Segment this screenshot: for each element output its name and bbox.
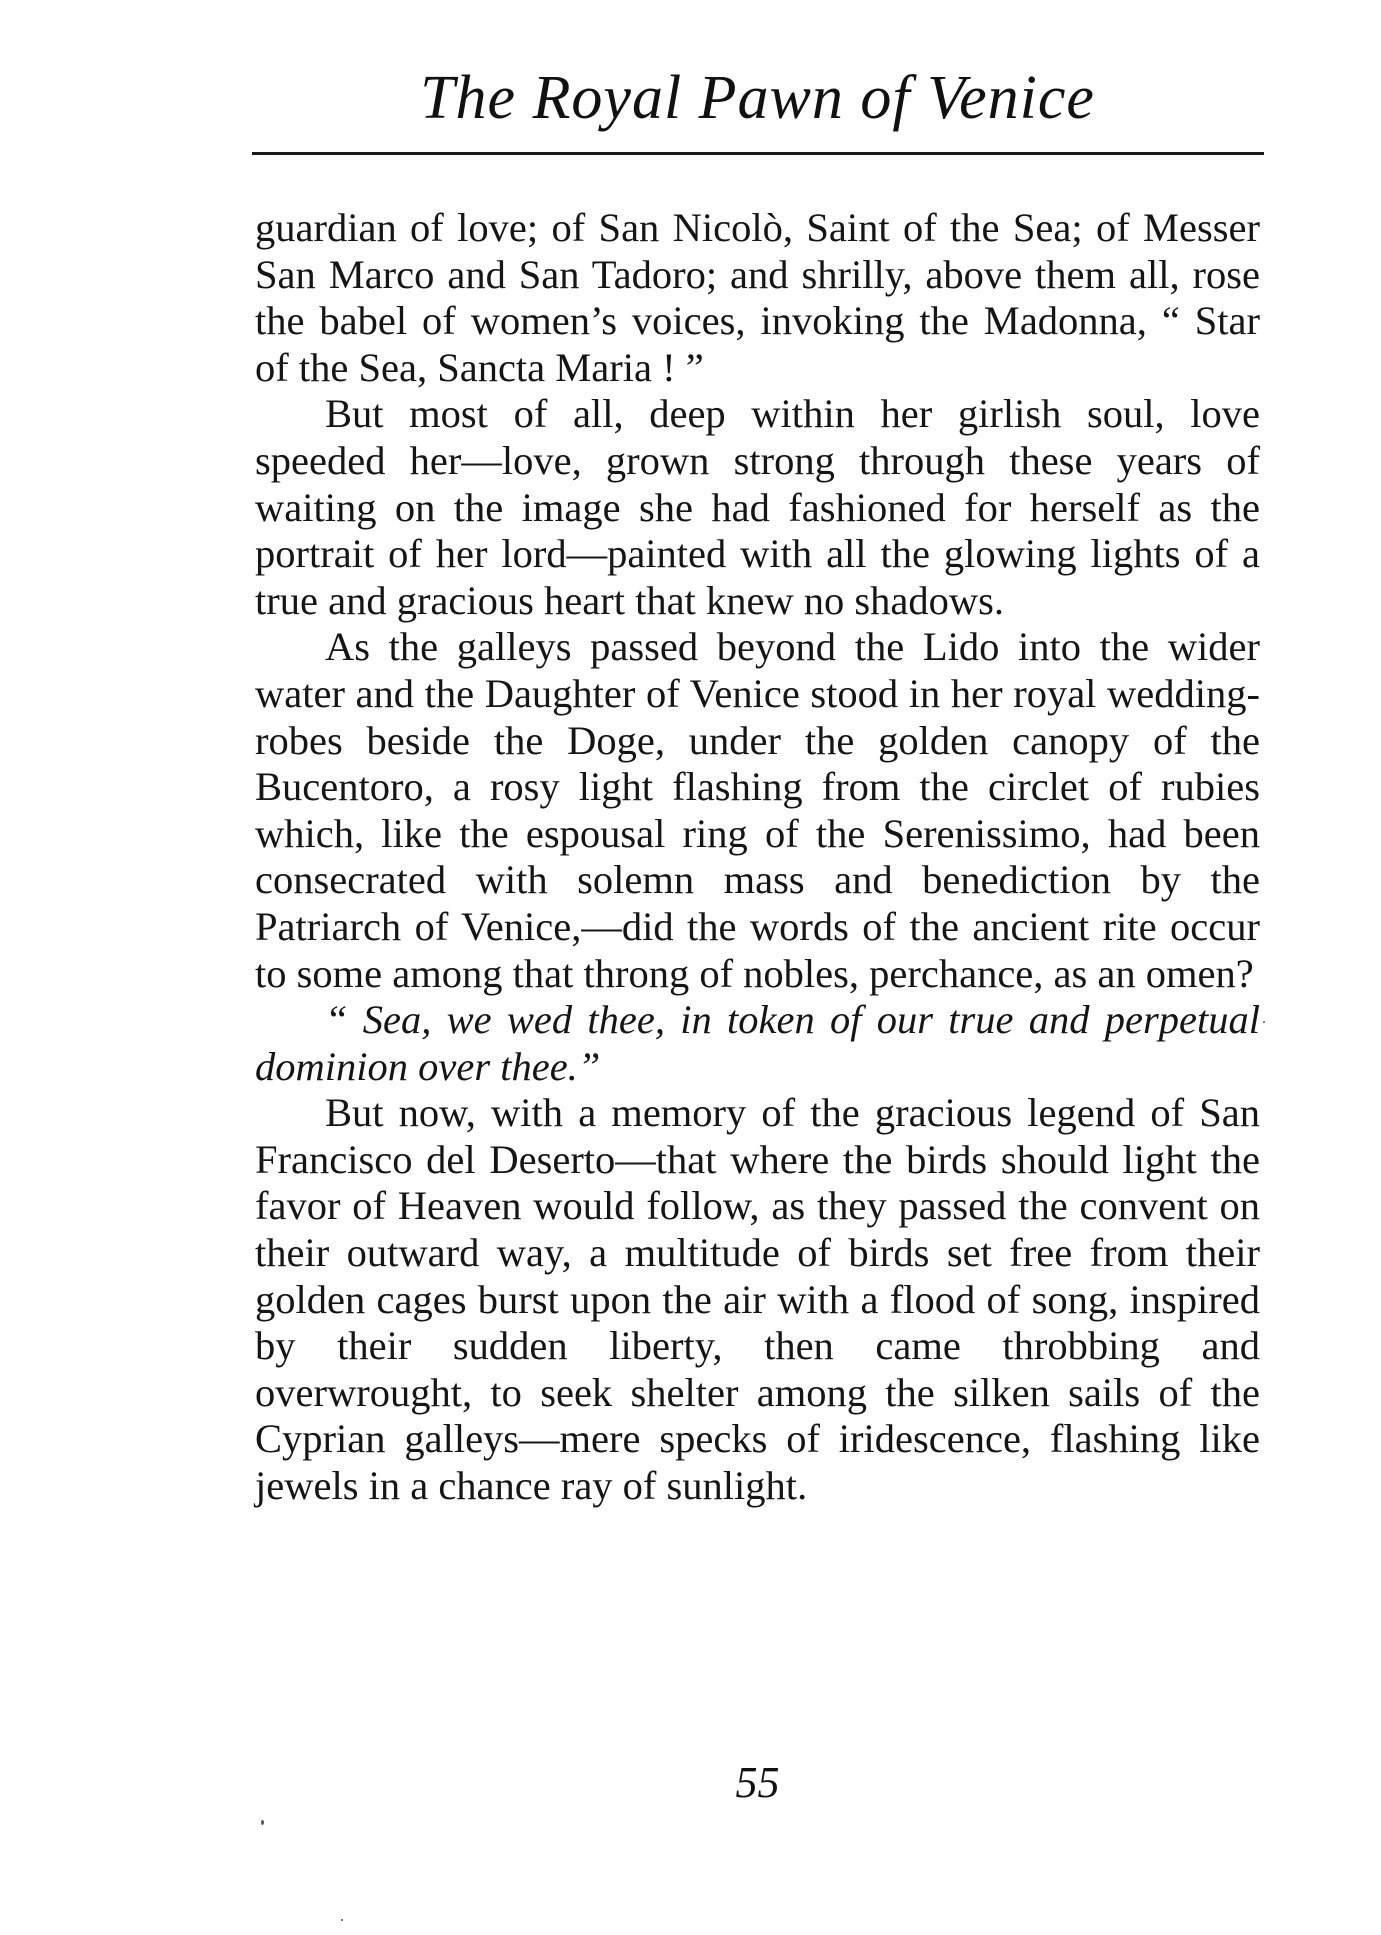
body-text: guardian of love; of San Nicolò, Saint o… <box>255 205 1260 1510</box>
book-page: The Royal Pawn of Venice guardian of lov… <box>0 0 1381 1935</box>
scan-speck <box>261 1820 264 1825</box>
running-head-title: The Royal Pawn of Venice <box>255 58 1260 138</box>
scan-speck <box>341 1919 343 1921</box>
page-number: 55 <box>255 1758 1260 1808</box>
scan-speck <box>1263 1021 1265 1023</box>
paragraph: But most of all, deep within her girlish… <box>255 391 1260 624</box>
quoted-rite-paragraph: “ Sea, we wed thee, in token of our true… <box>255 997 1260 1090</box>
paragraph-continued: guardian of love; of San Nicolò, Saint o… <box>255 205 1260 391</box>
header-rule-divider <box>252 152 1264 155</box>
paragraph: But now, with a memory of the gracious l… <box>255 1090 1260 1509</box>
paragraph: As the galleys passed beyond the Lido in… <box>255 624 1260 997</box>
